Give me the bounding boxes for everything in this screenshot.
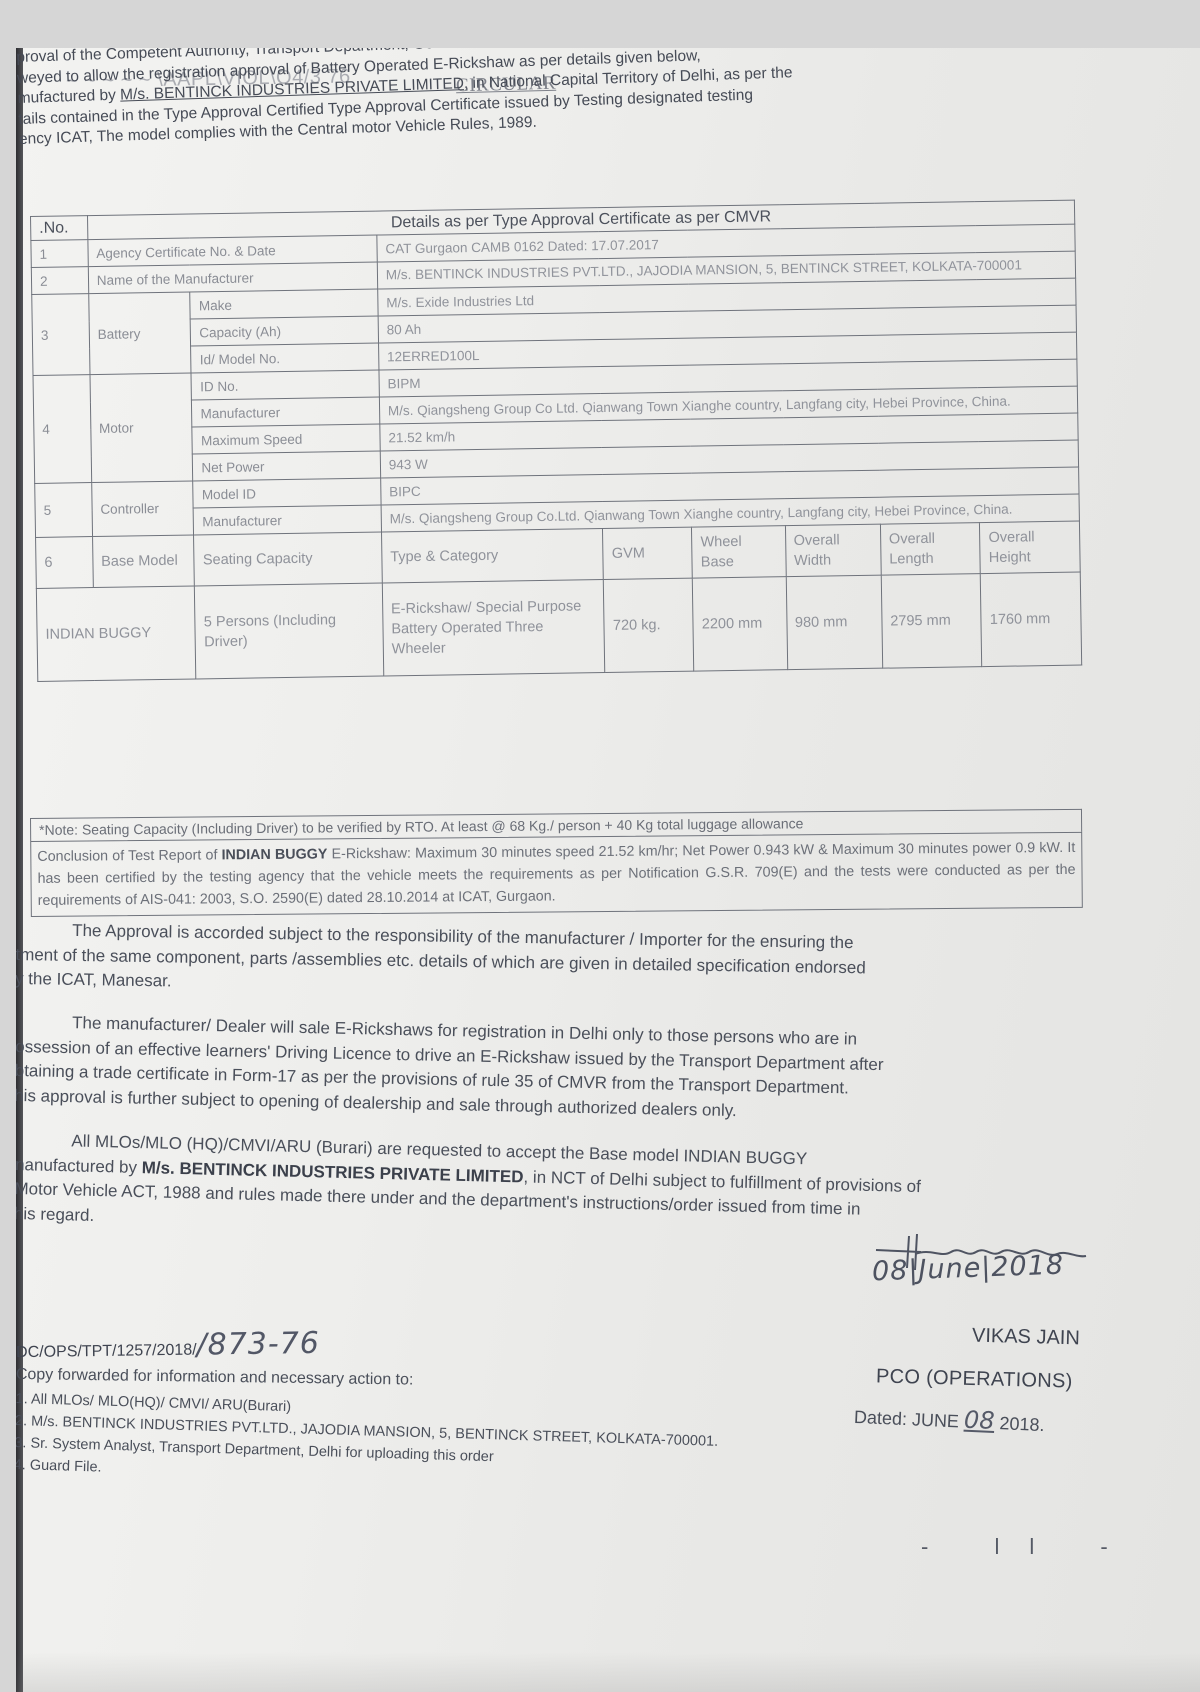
sub-label: Capacity (Ah): [191, 316, 379, 346]
type-category: E-Rickshaw/ Special Purpose Battery Oper…: [382, 580, 605, 676]
intro-paragraph: proval of the Competent Authority, Trans…: [16, 48, 1029, 150]
overall-height: 1760 mm: [981, 572, 1082, 667]
dealer-paragraph: The manufacturer/ Dealer will sale E-Ric…: [16, 1010, 1116, 1131]
reference-code: DC/OPS/TPT/1257/2018/: [16, 1342, 197, 1362]
row-no: 3: [32, 294, 90, 376]
dated-day-handwritten: 08: [963, 1406, 995, 1435]
copy-forwarded-list: 1. All MLOs/ MLO(HQ)/ CMVI/ ARU(Burari) …: [16, 1388, 719, 1497]
conclusion-model: INDIAN BUGGY: [221, 846, 327, 863]
wheel-base: 2200 mm: [693, 577, 788, 671]
table-row: INDIAN BUGGY 5 Persons (Including Driver…: [36, 572, 1081, 681]
gvm: 720 kg.: [604, 578, 694, 672]
page-shadow: [16, 1652, 1200, 1692]
sub-label: Make: [190, 289, 378, 319]
row-no: 4: [33, 375, 91, 484]
col-header: GVM: [603, 527, 693, 579]
approval-paragraph: The Approval is accorded subject to the …: [16, 918, 1116, 1009]
test-report-conclusion: Conclusion of Test Report of INDIAN BUGG…: [30, 832, 1083, 917]
row-no: 1: [31, 240, 88, 268]
row-no: 5: [35, 483, 93, 538]
group-label: Motor: [90, 373, 193, 483]
scanned-circular-page: ~ ~ ~ ~ ~ \AAPL\VIOL\O4/3 76 CIRCULAR pr…: [16, 48, 1200, 1692]
group-label: Controller: [91, 481, 194, 537]
group-label: Base Model: [92, 535, 195, 588]
sub-label: ID No.: [191, 370, 379, 400]
row-no: 6: [36, 537, 94, 589]
col-header: Overall Length: [880, 523, 980, 576]
seating-capacity: 5 Persons (Including Driver): [195, 583, 384, 679]
dated-year: 2018.: [994, 1413, 1045, 1435]
para-text: nanufactured by: [16, 1154, 142, 1176]
group-label: Battery: [88, 292, 191, 375]
sub-label: Manufacturer: [194, 505, 382, 535]
sub-label: Model ID: [193, 478, 381, 508]
type-approval-table: .No. Details as per Type Approval Certif…: [30, 200, 1087, 682]
sub-label: Manufacturer: [192, 397, 380, 427]
signer-name: VIKAS JAIN: [972, 1325, 1080, 1351]
footer-marks: - ll -: [921, 1534, 1138, 1560]
sub-label: Id/ Model No.: [191, 343, 379, 373]
col-header: Overall Height: [980, 521, 1080, 574]
col-header: Wheel Base: [692, 526, 786, 578]
note-and-conclusion: *Note: Seating Capacity (Including Drive…: [30, 809, 1083, 917]
intro-line-start: mufactured by: [17, 87, 120, 107]
copy-forwarded-heading: Copy forwarded for information and neces…: [16, 1366, 414, 1390]
header-serial-no: .No.: [31, 216, 88, 241]
row-no: 2: [31, 267, 88, 295]
col-header: Type & Category: [381, 529, 603, 583]
sub-label: Net Power: [193, 451, 381, 481]
model-name: INDIAN BUGGY: [36, 586, 196, 681]
col-header: Seating Capacity: [194, 532, 382, 586]
reference-handwritten: /873-76: [196, 1326, 320, 1363]
col-header: Overall Width: [785, 524, 881, 576]
overall-width: 980 mm: [786, 575, 883, 669]
overall-length: 2795 mm: [881, 574, 982, 669]
sub-label: Maximum Speed: [192, 424, 380, 454]
conclusion-text: Conclusion of Test Report of: [37, 847, 221, 865]
dated-line: Dated: JUNE 08 2018.: [853, 1401, 1045, 1437]
signer-designation: PCO (OPERATIONS): [876, 1365, 1073, 1393]
reference-number: DC/OPS/TPT/1257/2018//873-76: [16, 1326, 320, 1365]
dated-label: Dated: JUNE: [854, 1407, 965, 1432]
